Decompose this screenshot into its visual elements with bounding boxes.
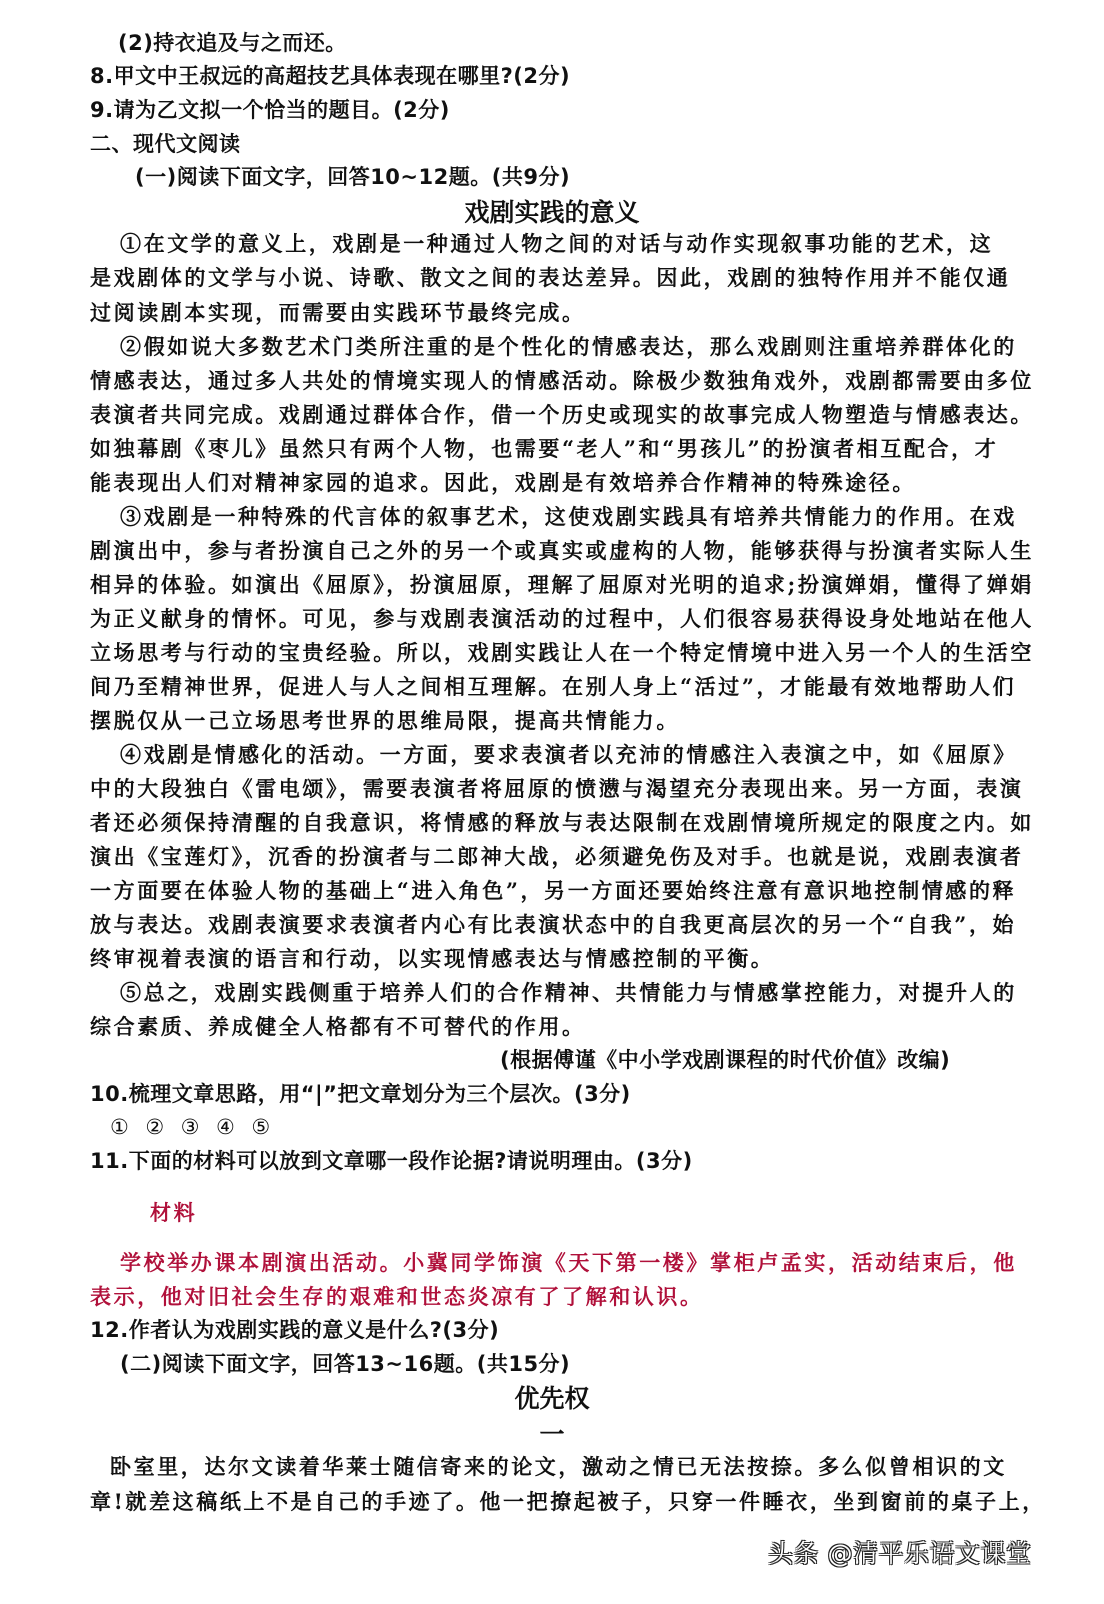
part1-instruction: (一)阅读下面文字，回答10~12题。(共9分) [135, 162, 570, 192]
article-line: 综合素质、养成健全人格都有不可替代的作用。 [90, 1012, 586, 1042]
article-line: 摆脱仅从一己立场思考世界的思维局限，提高共情能力。 [90, 706, 680, 736]
material-line: 表示，他对旧社会生存的艰难和世态炎凉有了了解和认识。 [90, 1282, 704, 1312]
article-line: 能表现出人们对精神家园的追求。因此，戏剧是有效培养合作精神的特殊途径。 [90, 468, 916, 498]
question-11: 11.下面的材料可以放到文章哪一段作论据?请说明理由。(3分) [90, 1146, 693, 1176]
question-10: 10.梳理文章思路，用“|”把文章划分为三个层次。(3分) [90, 1079, 631, 1109]
watermark-toutiao: 头条 @清平乐语文课堂 [768, 1538, 1031, 1570]
article-line: 剧演出中，参与者扮演自己之外的另一个或真实或虚构的人物，能够获得与扮演者实际人生 [90, 536, 1034, 566]
question-7-item-2: (2)持衣追及与之而还。 [118, 28, 347, 58]
marker-1: ① [110, 1112, 129, 1142]
question-12: 12.作者认为戏剧实践的意义是什么?(3分) [90, 1315, 499, 1345]
marker-5: ⑤ [251, 1112, 270, 1142]
article-line: ②假如说大多数艺术门类所注重的是个性化的情感表达，那么戏剧则注重培养群体化的 [120, 332, 1017, 362]
article-line: 一方面要在体验人物的基础上“进入角色”，另一方面还要始终注意有意识地控制情感的释 [90, 876, 1016, 906]
paragraph-markers: ①②③④⑤ [110, 1112, 287, 1142]
article-line: ④戏剧是情感化的活动。一方面，要求表演者以充沛的情感注入表演之中，如《屈原》 [120, 740, 1017, 770]
question-9: 9.请为乙文拟一个恰当的题目。(2分) [90, 95, 450, 125]
article-line: ③戏剧是一种特殊的代言体的叙事艺术，这使戏剧实践具有培养共情能力的作用。在戏 [120, 502, 1017, 532]
part2-instruction: (二)阅读下面文字，回答13~16题。(共15分) [120, 1349, 570, 1379]
article-line: 者还必须保持清醒的自我意识，将情感的释放与表达限制在戏剧情境所规定的限度之内。如 [90, 808, 1034, 838]
article-line: 放与表达。戏剧表演要求表演者内心有比表演状态中的自我更高层次的另一个“自我”，始 [90, 910, 1016, 940]
story-line: 章!就差这稿纸上不是自己的手迹了。他一把撩起被子，只穿一件睡衣，坐到窗前的桌子上… [90, 1487, 1046, 1517]
exam-page: (2)持衣追及与之而还。 8.甲文中王叔远的高超技艺具体表现在哪里?(2分) 9… [0, 0, 1104, 1604]
article-line: 过阅读剧本实现，而需要由实践环节最终完成。 [90, 298, 586, 328]
article-line: 情感表达，通过多人共处的情境实现人的情感活动。除极少数独角戏外，戏剧都需要由多位 [90, 366, 1034, 396]
article-line: ①在文学的意义上，戏剧是一种通过人物之间的对话与动作实现叙事功能的艺术，这 [120, 229, 993, 259]
story-line: 卧室里，达尔文读着华莱士随信寄来的论文，激动之情已无法按捺。多么似曾相识的文 [110, 1452, 1007, 1482]
article-line: 相异的体验。如演出《屈原》，扮演屈原，理解了屈原对光明的追求;扮演婵娟，懂得了婵… [90, 570, 1034, 600]
article-line: 如独幕剧《枣儿》虽然只有两个人物，也需要“老人”和“男孩儿”的扮演者相互配合，才 [90, 434, 998, 464]
article-line: 为正义献身的情怀。可见，参与戏剧表演活动的过程中，人们很容易获得设身处地站在他人 [90, 604, 1034, 634]
article-line: 立场思考与行动的宝贵经验。所以，戏剧实践让人在一个特定情境中进入另一个人的生活空 [90, 638, 1034, 668]
marker-4: ④ [216, 1112, 235, 1142]
article-source: (根据傅谨《中小学戏剧课程的时代价值》改编) [500, 1045, 950, 1075]
article-line: 中的大段独白《雷电颂》，需要表演者将屈原的愤懑与渴望充分表现出来。另一方面，表演 [90, 774, 1024, 804]
question-8: 8.甲文中王叔远的高超技艺具体表现在哪里?(2分) [90, 61, 570, 91]
material-label: 材料 [150, 1198, 197, 1228]
material-line: 学校举办课本剧演出活动。小冀同学饰演《天下第一楼》掌柜卢孟实，活动结束后，他 [120, 1248, 1017, 1278]
article-line: 表演者共同完成。戏剧通过群体合作，借一个历史或现实的故事完成人物塑造与情感表达。 [90, 400, 1034, 430]
article-line: 是戏剧体的文学与小说、诗歌、散文之间的表达差异。因此，戏剧的独特作用并不能仅通 [90, 263, 1010, 293]
article-line: 演出《宝莲灯》，沉香的扮演者与二郎神大战，必须避免伤及对手。也就是说，戏剧表演者 [90, 842, 1024, 872]
article-title: 戏剧实践的意义 [0, 196, 1104, 230]
chapter-number: 一 [0, 1418, 1104, 1452]
marker-2: ② [145, 1112, 164, 1142]
article-line: ⑤总之，戏剧实践侧重于培养人们的合作精神、共情能力与情感掌控能力，对提升人的 [120, 978, 1017, 1008]
article-line: 终审视着表演的语言和行动，以实现情感表达与情感控制的平衡。 [90, 944, 774, 974]
section-heading: 二、现代文阅读 [90, 129, 241, 159]
article-line: 间乃至精神世界，促进人与人之间相互理解。在别人身上“活过”，才能最有效地帮助人们 [90, 672, 1016, 702]
story-title: 优先权 [0, 1382, 1104, 1416]
marker-3: ③ [181, 1112, 200, 1142]
